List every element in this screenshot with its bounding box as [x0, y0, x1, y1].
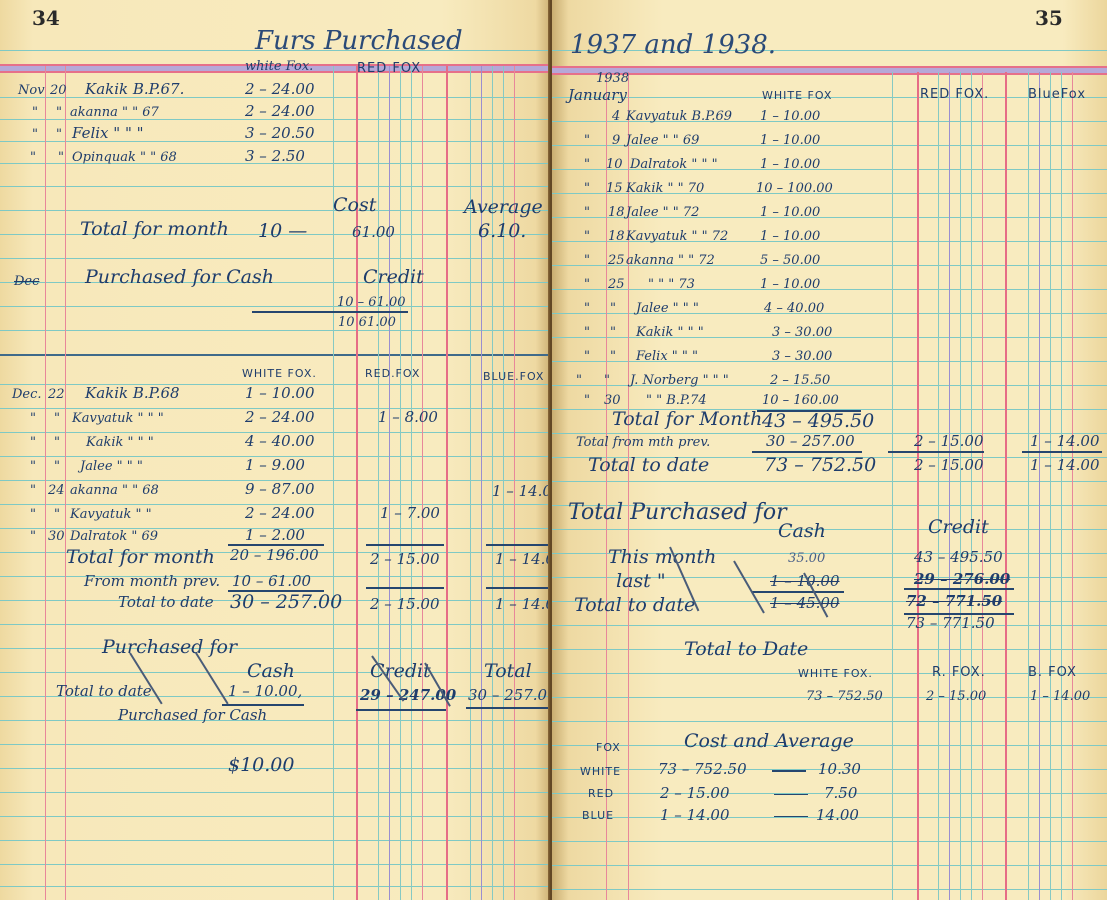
entry-day: "	[610, 302, 616, 315]
total-month-label: Total for month	[80, 220, 229, 239]
purchased-row-label: last "	[616, 572, 666, 591]
from-prev-white-fox: 30 – 257.00	[766, 434, 855, 449]
header-white-fox: white Fox.	[245, 60, 313, 73]
entry-day: "	[56, 106, 62, 119]
entry-month: "	[584, 206, 590, 219]
fox-label: FOX	[596, 742, 621, 753]
entry-name: akanna " " 67	[70, 106, 159, 119]
purchased-row-cash: 1 – 45.00	[770, 596, 840, 611]
underline	[366, 544, 444, 546]
underline	[366, 587, 444, 589]
entry-month: "	[584, 134, 590, 147]
entry-day: "	[604, 374, 610, 387]
entry-day: 25	[608, 278, 625, 291]
total-month-red-fox: 2 – 15.00	[370, 552, 440, 567]
entry-day: "	[610, 350, 616, 363]
entry-day: 22	[48, 388, 65, 401]
total-month-label: Total for month	[66, 548, 215, 567]
header-white-fox: WHITE FOX	[762, 90, 832, 101]
entry-white-fox: 1 – 10.00	[760, 278, 820, 291]
total-date-white-fox: 73 – 752.50	[764, 456, 876, 475]
total-red-fox-value: 2 – 15.00	[926, 690, 986, 703]
entry-day: "	[54, 436, 60, 449]
entry-month: "	[32, 106, 38, 119]
underline	[752, 591, 844, 593]
underline	[252, 311, 408, 313]
total-date-red-fox: 2 – 15.00	[370, 597, 440, 612]
page-title-continued: 1937 and 1938.	[570, 32, 776, 58]
header-red-fox: R. FOX.	[932, 666, 986, 679]
entry-day: 30	[604, 394, 621, 407]
from-prev-label: Total from mth prev.	[576, 436, 710, 449]
entry-name: Kavyatuk B.P.69	[626, 110, 732, 123]
entry-white-fox: 1 – 10.00	[760, 158, 820, 171]
from-prev-label: From month prev.	[84, 574, 220, 589]
entry-day: 9	[612, 134, 620, 147]
entry-day: "	[610, 326, 616, 339]
total-date-label: Total to date	[118, 595, 214, 610]
header-blue-fox: BLUE.FOX	[483, 371, 544, 382]
average-label: Average	[464, 198, 543, 217]
fox-type: WHITE	[580, 766, 621, 777]
entry-month: "	[30, 151, 36, 164]
entry-day: 30	[48, 530, 65, 543]
summary-total-value: 30 – 257.00	[468, 688, 552, 703]
from-prev-white-fox: 10 – 61.00	[232, 574, 311, 589]
header-white-fox: WHITE FOX.	[798, 668, 873, 679]
entry-name: Kakik B.P.67.	[85, 82, 184, 97]
page-number: 34	[32, 6, 60, 30]
summary-total-to-date-label: Total to date	[56, 684, 152, 699]
entry-day: "	[54, 508, 60, 521]
entry-red-fox: 1 – 8.00	[378, 410, 438, 425]
header-blue-fox: BlueFox	[1028, 88, 1086, 101]
entry-white-fox: 10 – 100.00	[756, 182, 833, 195]
entry-month: "	[584, 158, 590, 171]
entry-name: Jalee " " 72	[626, 206, 699, 219]
entry-day: 4	[612, 110, 620, 123]
entry-day: 18	[608, 206, 625, 219]
entry-name: J. Norberg " " "	[630, 374, 729, 387]
entry-month: "	[30, 436, 36, 449]
entry-name: Jalee " " "	[636, 302, 699, 315]
entry-white-fox: 3 – 30.00	[772, 326, 832, 339]
summary-total-label: Total	[484, 662, 532, 681]
entry-white-fox: 1 – 10.00	[760, 230, 820, 243]
total-purchased-title: Total Purchased for	[568, 502, 787, 524]
header-red-fox: RED.FOX	[365, 368, 420, 379]
entry-name: Kavyatuk " " 72	[626, 230, 728, 243]
fox-cost: 1 – 14.00	[660, 808, 730, 823]
ledger-page-right: 35 1937 and 1938. 1938 January WHITE FOX…	[552, 0, 1107, 900]
purchased-row-label: Total to date	[574, 596, 695, 615]
entry-white-fox: 1 – 10.00	[245, 386, 315, 401]
entry-month: "	[584, 278, 590, 291]
entry-name: Dalratok " " "	[630, 158, 718, 171]
credit-total: 10 61.00	[338, 316, 396, 329]
cost-average-title: Cost and Average	[684, 732, 854, 751]
entry-white-fox: 4 – 40.00	[245, 434, 315, 449]
total-white-fox-value: 73 – 752.50	[806, 690, 883, 703]
entry-month: "	[584, 230, 590, 243]
entry-month: "	[584, 254, 590, 267]
month-label: January	[568, 88, 627, 103]
entry-name: Opinquak " " 68	[72, 151, 177, 164]
entry-white-fox: 1 – 10.00	[760, 206, 820, 219]
entry-name: Kavyatuk " "	[70, 508, 152, 521]
total-date-label: Total to date	[588, 456, 709, 475]
average-value: 6.10.	[478, 222, 526, 241]
ledger-page-left: 34 Furs Purchased white Fox. RED FOX Nov…	[0, 0, 552, 900]
purchased-row-credit: 29 – 276.00	[914, 572, 1010, 587]
entry-month: "	[30, 508, 36, 521]
entry-day: 18	[608, 230, 625, 243]
total-date-red-fox: 2 – 15.00	[914, 458, 984, 473]
entry-name: Kavyatuk " " "	[72, 412, 164, 425]
fox-average: 10.30	[818, 762, 861, 777]
entry-name: Kakik " " "	[636, 326, 704, 339]
entry-month: "	[30, 484, 36, 497]
purchased-row-credit: 72 – 771.50	[906, 594, 1002, 609]
summary-cash-label: Cash	[247, 662, 295, 681]
entry-day: 24	[48, 484, 65, 497]
purchased-credit-label: Credit	[928, 518, 989, 537]
page-title: Furs Purchased	[255, 28, 463, 54]
summary-purchased-label: Purchased for	[102, 638, 237, 657]
entry-month: "	[30, 460, 36, 473]
entry-white-fox: 9 – 87.00	[245, 482, 315, 497]
entry-white-fox: 2 – 24.00	[245, 104, 315, 119]
entry-month: Dec.	[12, 388, 42, 401]
entry-day: 20	[50, 84, 67, 97]
purchased-for-cash-note: Purchased for Cash	[118, 708, 267, 723]
cash-amount: $10.00	[228, 756, 294, 775]
entry-day: 25	[608, 254, 625, 267]
total-month-count: 10 —	[258, 222, 307, 241]
total-date-blue-fox: 1 – 14.00	[495, 597, 552, 612]
entry-name: Kakik B.P.68	[85, 386, 180, 401]
entry-white-fox: 3 – 20.50	[245, 126, 315, 141]
entry-white-fox: 2 – 24.00	[245, 82, 315, 97]
purchased-cash-label: Cash	[778, 522, 826, 541]
underline	[752, 451, 862, 453]
entry-white-fox: 2 – 15.50	[770, 374, 830, 387]
total-month-cost: 61.00	[352, 225, 395, 240]
purchased-row-credit: 43 – 495.50	[914, 550, 1003, 565]
entry-white-fox: 2 – 24.00	[245, 410, 315, 425]
entry-month: "	[32, 128, 38, 141]
purchased-for-cash-label: Purchased for Cash	[85, 268, 274, 287]
entry-day: "	[54, 412, 60, 425]
total-month-white-fox: 20 – 196.00	[230, 548, 319, 563]
entry-name: Felix " " "	[72, 126, 144, 141]
total-date-blue-fox: 1 – 14.00	[1030, 458, 1100, 473]
entry-month: "	[576, 374, 582, 387]
entry-blue-fox: 1 – 14.00	[492, 484, 552, 499]
fox-average: 7.50	[824, 786, 857, 801]
year-label: 1938	[596, 72, 629, 85]
entry-name: Kakik " " "	[86, 436, 154, 449]
totals-to-date-title: Total to Date	[684, 640, 808, 659]
total-month-blue-fox: 1 – 14.00	[495, 552, 552, 567]
entry-white-fox: 10 – 160.00	[762, 394, 839, 407]
entry-white-fox: 2 – 24.00	[245, 506, 315, 521]
total-month-white-fox: 43 – 495.50	[762, 412, 874, 431]
dash	[774, 794, 808, 795]
entry-month: "	[584, 302, 590, 315]
fox-average: 14.00	[816, 808, 859, 823]
entry-name: akanna " " 72	[626, 254, 715, 267]
entry-month: "	[584, 350, 590, 363]
credit-label: Credit	[363, 268, 424, 287]
entry-month: "	[30, 530, 36, 543]
from-prev-red-fox: 2 – 15.00	[914, 434, 984, 449]
entry-name: Dalratok " 69	[70, 530, 158, 543]
underline	[486, 544, 552, 546]
entry-white-fox: 3 – 2.50	[245, 149, 305, 164]
underline	[486, 587, 552, 589]
entry-white-fox: 1 – 9.00	[245, 458, 305, 473]
underline	[356, 709, 446, 711]
dash	[774, 816, 808, 817]
dash	[772, 770, 806, 772]
entry-white-fox: 1 – 2.00	[245, 528, 305, 543]
strike-mark	[733, 561, 765, 614]
entry-day: 10	[606, 158, 623, 171]
summary-cash-value: 1 – 10.00,	[228, 684, 302, 699]
entry-day: "	[54, 460, 60, 473]
entry-month: "	[30, 412, 36, 425]
cost-label: Cost	[333, 196, 376, 215]
entry-name: " " " 73	[648, 278, 695, 291]
struck-mark: Dec	[14, 275, 39, 288]
header-red-fox: RED FOX.	[920, 88, 989, 101]
total-date-white-fox: 30 – 257.00	[230, 593, 342, 612]
entry-white-fox: 3 – 30.00	[772, 350, 832, 363]
entry-day: "	[56, 128, 62, 141]
header-red-fox: RED FOX	[357, 62, 421, 75]
entry-name: Jalee " " 69	[626, 134, 699, 147]
header-blue-fox: B. FOX	[1028, 666, 1077, 679]
entry-name: " " B.P.74	[646, 394, 707, 407]
underline	[888, 451, 984, 453]
entry-month: "	[584, 182, 590, 195]
entry-white-fox: 5 – 50.00	[760, 254, 820, 267]
header-white-fox: WHITE FOX.	[242, 368, 317, 379]
credit-value: 10 – 61.00	[337, 296, 406, 309]
entry-month: Nov	[18, 84, 45, 97]
fox-type: RED	[588, 788, 614, 799]
entry-white-fox: 1 – 10.00	[760, 134, 820, 147]
underline	[1022, 451, 1102, 453]
total-month-label: Total for Month	[612, 410, 762, 429]
page-number: 35	[1035, 6, 1063, 30]
purchased-row-label: This month	[608, 548, 716, 567]
underline	[904, 588, 1014, 590]
total-blue-fox-value: 1 – 14.00	[1030, 690, 1090, 703]
entry-name: Kakik " " 70	[626, 182, 704, 195]
entry-white-fox: 4 – 40.00	[764, 302, 824, 315]
fox-cost: 73 – 752.50	[658, 762, 747, 777]
fox-type: BLUE	[582, 810, 614, 821]
purchased-row-cash: 35.00	[788, 552, 825, 565]
entry-name: akanna " " 68	[70, 484, 159, 497]
from-prev-blue-fox: 1 – 14.00	[1030, 434, 1100, 449]
entry-day: 15	[606, 182, 623, 195]
entry-day: "	[58, 151, 64, 164]
entry-month: "	[584, 326, 590, 339]
entry-red-fox: 1 – 7.00	[380, 506, 440, 521]
entry-month: "	[584, 394, 590, 407]
entry-white-fox: 1 – 10.00	[760, 110, 820, 123]
fox-cost: 2 – 15.00	[660, 786, 730, 801]
entry-name: Jalee " " "	[80, 460, 143, 473]
underline	[466, 707, 550, 709]
credit-correction: 73 – 771.50	[906, 616, 995, 631]
entry-name: Felix " " "	[636, 350, 698, 363]
